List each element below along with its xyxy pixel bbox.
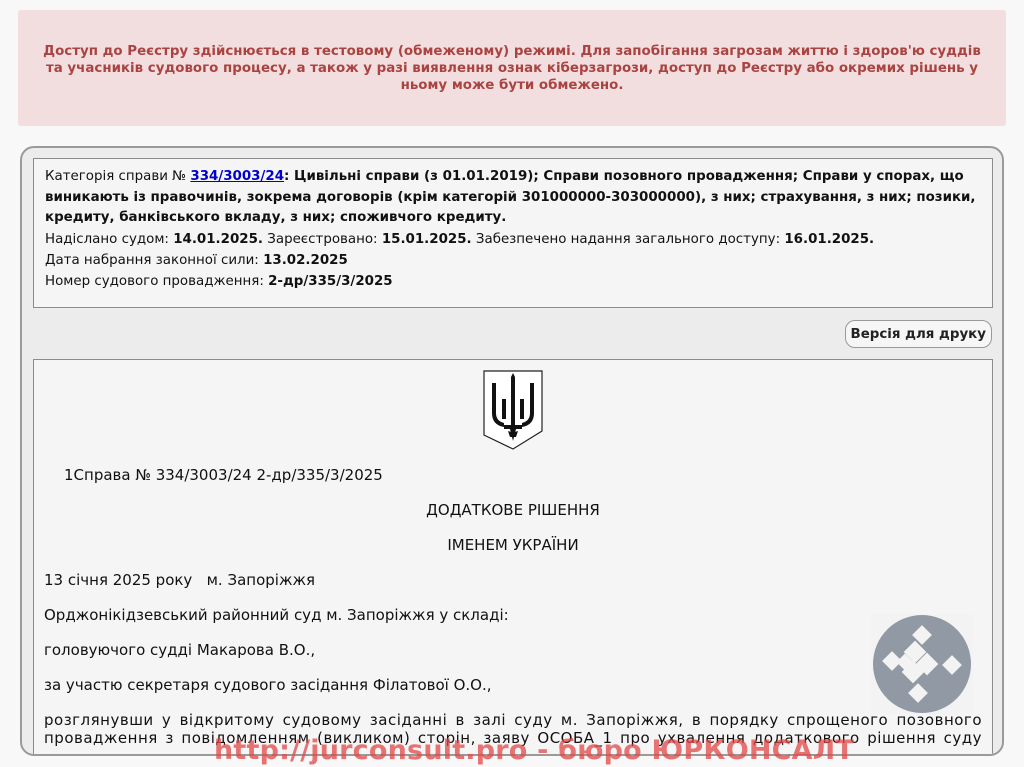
sent-date: 14.01.2025. — [173, 232, 263, 247]
date-place: 13 січня 2025 року м. Запоріжжя — [44, 571, 982, 589]
case-category: Категорія справи № 334/3003/24: Цивільні… — [45, 167, 981, 229]
document-title: ДОДАТКОВЕ РІШЕННЯ — [44, 501, 982, 519]
decision-document: 1Справа № 334/3003/24 2-др/335/3/2025 ДО… — [33, 359, 993, 756]
public-access-date: 16.01.2025. — [784, 232, 874, 247]
case-dates: Надіслано судом: 14.01.2025. Зареєстрова… — [45, 229, 981, 250]
court-secretary: за участю секретаря судового засідання Ф… — [44, 676, 982, 694]
print-version-button[interactable]: Версія для друку — [845, 320, 993, 348]
decision-panel: Категорія справи № 334/3003/24: Цивільні… — [20, 146, 1004, 756]
court-composition: Орджонікідзевський районний суд м. Запор… — [44, 606, 982, 624]
registered-date: 15.01.2025. — [382, 232, 472, 247]
proceeding-number-line: Номер судового провадження: 2-др/335/3/2… — [45, 271, 981, 292]
presiding-judge: головуючого судді Макарова В.О., — [44, 641, 982, 659]
watermark-text: http://jurconsult.pro - бюро ЮРКОНСАЛТ — [214, 734, 854, 767]
paragraph-line-1: розглянувши у відкритому судовому засіда… — [44, 711, 982, 729]
case-number-link[interactable]: 334/3003/24 — [190, 169, 284, 184]
effective-date: 13.02.2025 — [263, 253, 348, 268]
proceeding-number: 2-др/335/3/2025 — [268, 274, 393, 289]
access-alert: Доступ до Реєстру здійснюється в тестово… — [18, 10, 1006, 126]
trident-coat-of-arms-icon — [482, 369, 544, 451]
case-header-line: 1Справа № 334/3003/24 2-др/335/3/2025 — [64, 466, 982, 484]
case-info-box: Категорія справи № 334/3003/24: Цивільні… — [33, 158, 993, 308]
puzzle-logo-icon — [871, 614, 973, 714]
alert-text: Доступ до Реєстру здійснюється в тестово… — [34, 43, 990, 94]
document-subtitle: ІМЕНЕМ УКРАЇНИ — [44, 536, 982, 554]
effective-date-line: Дата набрання законної сили: 13.02.2025 — [45, 250, 981, 271]
